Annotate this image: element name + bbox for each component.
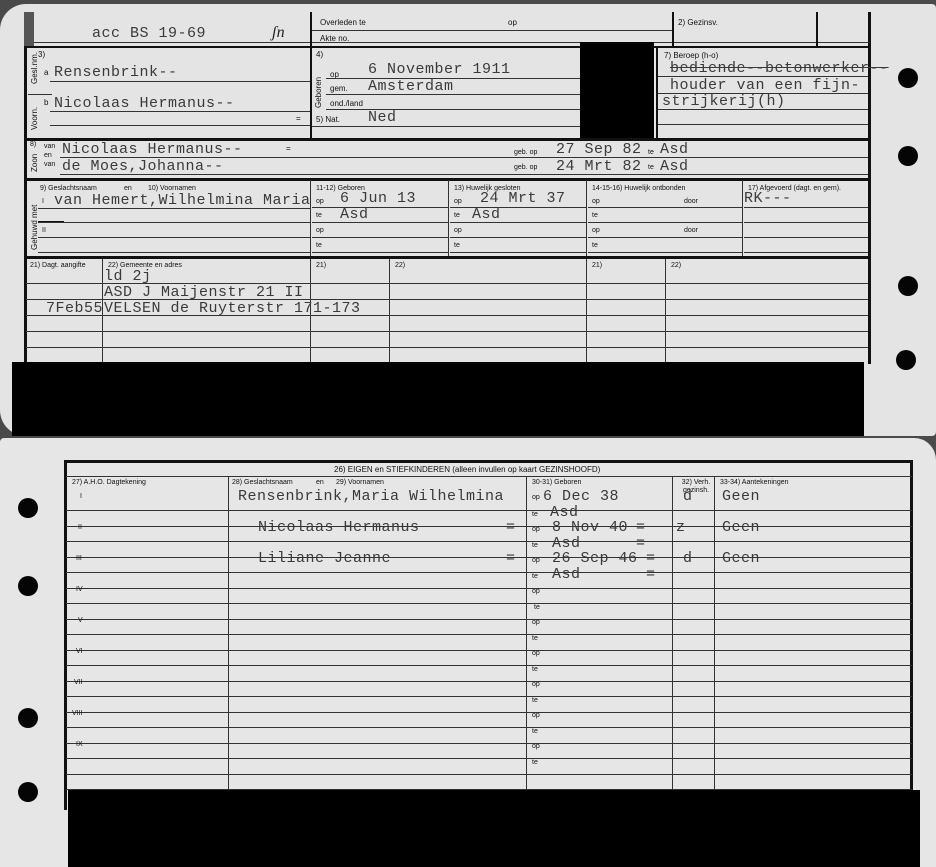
rule	[38, 222, 310, 223]
spouse2-born-op: op	[316, 227, 324, 234]
child-op-2: op	[532, 526, 540, 533]
father-ditto: =	[286, 144, 291, 153]
rule	[66, 634, 912, 635]
child-op-8: op	[532, 712, 540, 719]
van2-label: van	[44, 161, 55, 168]
dissolved-header: 14-15-16) Huwelijk ontbonden	[592, 185, 685, 192]
child-3-notes: Geen	[722, 550, 760, 567]
rule	[588, 252, 742, 253]
child-3-place: Asd	[552, 566, 581, 583]
nationality-label: 5) Nat.	[316, 115, 340, 124]
punch-hole	[18, 576, 38, 596]
child-3-name: Liliane Jeanne	[258, 550, 391, 567]
rule	[658, 124, 868, 125]
divider	[586, 180, 587, 258]
occupation-struck: bediende--betonwerker--	[670, 60, 889, 77]
rule	[744, 222, 868, 223]
rule	[450, 252, 586, 253]
child-3-place-ditto: =	[646, 566, 656, 583]
spouse-born-place: Asd	[340, 206, 369, 223]
col-verh-header: 32) Verh. gezinsh.	[676, 479, 716, 495]
redaction-photo	[580, 42, 654, 140]
child-numeral-7: VII	[74, 679, 83, 686]
overleden-label: Overleden te	[320, 18, 366, 27]
gezinsv-label: 2) Gezinsv.	[678, 18, 718, 27]
child-1-relation: d	[683, 488, 693, 505]
rule	[38, 208, 310, 209]
dissolved2-te: te	[592, 242, 598, 249]
father-name-value: Nicolaas Hermanus--	[62, 141, 243, 158]
rule	[66, 541, 912, 542]
occupation-label: 7) Beroep (h-o)	[664, 51, 718, 60]
frame-top-rule	[24, 42, 870, 43]
rule	[450, 222, 586, 223]
religion-value: RK---	[744, 190, 792, 207]
nationality-value: Ned	[368, 109, 397, 126]
mother-geb-op-label: geb. op	[514, 164, 537, 171]
rule	[312, 252, 448, 253]
child-te-8: te	[532, 728, 538, 735]
rule	[66, 619, 912, 620]
divider	[665, 259, 666, 364]
marker-i: I	[42, 198, 44, 205]
rule	[326, 109, 580, 110]
col21c-header: 21)	[592, 262, 602, 269]
spouse-born-te: te	[316, 212, 322, 219]
marriage2-op: op	[454, 227, 462, 234]
rule	[66, 588, 912, 589]
birth-date-value: 6 November 1911	[368, 61, 511, 78]
punch-hole	[898, 68, 918, 88]
col-notes-header: 33-34) Aantekeningen	[720, 479, 789, 486]
spouse-born-op: op	[316, 198, 324, 205]
header-stripe	[24, 12, 34, 46]
mother-name-value: de Moes,Johanna--	[62, 158, 224, 175]
rule	[66, 572, 912, 573]
rule	[50, 81, 310, 82]
address-row-1: ld 2j	[104, 268, 152, 285]
rule	[66, 696, 912, 697]
child-numeral-4: IV	[76, 586, 83, 593]
header-rule	[24, 46, 870, 48]
spouse2-born-te: te	[316, 242, 322, 249]
marker-ii: II	[42, 227, 46, 234]
dissolved2-op: op	[592, 227, 600, 234]
spouse-name-value: van Hemert,Wilhelmina Maria	[54, 192, 311, 209]
surname-value: Rensenbrink--	[54, 64, 178, 81]
child-numeral-5: V	[78, 617, 83, 624]
child-te-9: te	[532, 759, 538, 766]
col-born-header: 30-31) Geboren	[532, 479, 581, 486]
rule	[38, 237, 310, 238]
van1-label: van	[44, 143, 55, 150]
overleden-op-label: op	[508, 18, 517, 27]
mother-birth-place: Asd	[660, 158, 689, 175]
address-row-2: ASD J Maijenstr 21 II	[104, 284, 304, 301]
akte-label: Akte no.	[320, 34, 349, 43]
child-numeral-6: VI	[76, 648, 83, 655]
marriage-date: 24 Mrt 37	[480, 190, 566, 207]
child-numeral-8: VIII	[72, 710, 83, 717]
redaction-bottom	[68, 790, 920, 867]
child-3-date-ditto: =	[646, 550, 656, 567]
accession-number: acc BS 19-69	[92, 25, 206, 42]
marker-b: b	[44, 98, 48, 107]
rule	[744, 207, 868, 208]
punch-hole	[898, 276, 918, 296]
rule	[26, 331, 868, 332]
divider	[586, 259, 587, 364]
rule	[66, 727, 912, 728]
col21b-header: 21)	[316, 262, 326, 269]
child-te-2: te	[532, 542, 538, 549]
dissolved2-door: door	[684, 227, 698, 234]
dissolved-op: op	[592, 198, 600, 205]
section-divider	[24, 178, 870, 181]
rule	[66, 510, 912, 511]
section-divider	[24, 256, 870, 259]
rule	[66, 665, 912, 666]
rule	[28, 94, 52, 95]
geboren-side-label: Geboren	[314, 77, 323, 108]
birth-gem-label: gem.	[330, 84, 348, 93]
section-3-label: 3)	[38, 50, 45, 59]
child-op-9: op	[532, 743, 540, 750]
rule	[312, 222, 448, 223]
gehuwd-side-label: Gehuwd met	[30, 205, 39, 250]
divider	[656, 48, 658, 140]
punch-hole	[18, 708, 38, 728]
birth-place-value: Amsterdam	[368, 78, 454, 95]
child-te-5: te	[532, 635, 538, 642]
rule	[326, 94, 580, 95]
child-te-4: te	[534, 604, 540, 611]
child-1-name: Rensenbrink,Maria Wilhelmina	[238, 488, 504, 505]
rule	[38, 252, 310, 253]
rule	[66, 603, 912, 604]
handwritten-initials: ʃn	[272, 24, 285, 42]
child-numeral-2: II	[78, 524, 82, 531]
frame-top	[64, 460, 912, 463]
rule	[66, 526, 912, 527]
marker-a: a	[44, 68, 48, 77]
address-row-3: VELSEN de Ruyterstr 171-173	[104, 300, 361, 317]
child-numeral-3: III	[76, 555, 82, 562]
dissolved-door: door	[684, 198, 698, 205]
voorn-side-label: Voorn.	[30, 107, 39, 130]
section-8-label: 8)	[30, 141, 36, 148]
col21-header: 21) Dagt. aangifte	[30, 262, 86, 269]
rule	[450, 237, 586, 238]
rule	[66, 681, 912, 682]
birth-ond-label: ond./land	[330, 99, 363, 108]
father-geb-op-label: geb. op	[514, 149, 537, 156]
child-te-3: te	[532, 573, 538, 580]
rule	[26, 347, 868, 348]
dissolved-te: te	[592, 212, 598, 219]
rule	[312, 207, 448, 208]
address-date-3: 7Feb55	[46, 300, 103, 317]
divider	[742, 180, 743, 258]
rule	[588, 207, 742, 208]
child-2-relation: z	[676, 519, 686, 536]
zoon-side-label: Zoon	[30, 154, 39, 172]
rule	[588, 237, 742, 238]
child-2-date-ditto: =	[636, 519, 646, 536]
name-header-en: en	[124, 185, 132, 192]
child-2-date: 8 Nov 40	[552, 519, 628, 536]
child-2-name: Nicolaas Hermanus	[258, 519, 420, 536]
child-op-6: op	[532, 650, 540, 657]
child-te-1: te	[532, 511, 538, 518]
gesl-side-label: Gesl.nm.	[30, 52, 39, 84]
rule	[312, 30, 672, 31]
frame-left	[24, 12, 27, 364]
given-names-value: Nicolaas Hermanus--	[54, 95, 235, 112]
child-op-4: op	[532, 588, 540, 595]
en-label: en	[44, 152, 52, 159]
child-2-name-ditto: =	[506, 519, 516, 536]
name-header-9: 9) Geslachtsnaam	[40, 185, 97, 192]
rule	[658, 109, 868, 110]
rule	[66, 743, 912, 744]
father-birth-date: 27 Sep 82	[556, 141, 642, 158]
rule	[66, 557, 912, 558]
rule	[588, 222, 742, 223]
punch-hole	[896, 350, 916, 370]
rule	[66, 774, 912, 775]
children-section-title: 26) EIGEN en STIEFKINDEREN (alleen invul…	[334, 465, 600, 474]
col-name-29-header: 29) Voornamen	[336, 479, 384, 486]
marriage-place: Asd	[472, 206, 501, 223]
child-1-date: 6 Dec 38	[543, 488, 619, 505]
col-name-en-header: en	[316, 479, 324, 486]
child-op-3: op	[532, 557, 540, 564]
child-te-7: te	[532, 697, 538, 704]
mother-te-label: te	[648, 164, 654, 171]
punch-hole	[18, 782, 38, 802]
ditto-mark: =	[296, 114, 301, 123]
col22c-header: 22)	[671, 262, 681, 269]
occupation-line2: houder van een fijn-	[670, 77, 860, 94]
child-te-6: te	[532, 666, 538, 673]
rule	[312, 237, 448, 238]
spouse-born-date: 6 Jun 13	[340, 190, 416, 207]
person-register-card: acc BS 19-69 ʃn Overleden te op Akte no.…	[0, 4, 936, 436]
divider	[448, 180, 449, 258]
marriage-op: op	[454, 198, 462, 205]
child-op-5: op	[532, 619, 540, 626]
occupation-line3: strijkerij(h)	[662, 93, 786, 110]
child-op-7: op	[532, 681, 540, 688]
col-aho-header: 27) A.H.O. Dagtekening	[72, 479, 146, 486]
rule	[450, 207, 586, 208]
child-1-notes: Geen	[722, 488, 760, 505]
rule	[66, 650, 912, 651]
child-3-date: 26 Sep 46	[552, 550, 638, 567]
rule	[744, 237, 868, 238]
punch-hole	[898, 146, 918, 166]
child-2-notes: Geen	[722, 519, 760, 536]
rule	[744, 252, 868, 253]
divider	[672, 12, 674, 48]
divider	[816, 12, 818, 48]
father-birth-place: Asd	[660, 141, 689, 158]
child-op-1: op	[532, 494, 540, 501]
marriage-te: te	[454, 212, 460, 219]
punch-hole	[18, 498, 38, 518]
child-numeral-1: I	[80, 493, 82, 500]
divider	[310, 12, 312, 140]
name-header-10: 10) Voornamen	[148, 185, 196, 192]
child-numeral-9: IX	[76, 741, 83, 748]
father-te-label: te	[648, 149, 654, 156]
rule	[50, 111, 310, 112]
rule	[312, 126, 580, 127]
divider	[310, 180, 311, 258]
rule	[66, 476, 912, 477]
section-4-label: 4)	[316, 50, 323, 59]
divider	[389, 259, 390, 364]
rule	[66, 712, 912, 713]
mother-birth-date: 24 Mrt 82	[556, 158, 642, 175]
child-3-relation: d	[683, 550, 693, 567]
col22b-header: 22)	[395, 262, 405, 269]
rule	[50, 125, 310, 126]
rule	[66, 758, 912, 759]
rule	[60, 174, 868, 175]
marriage2-te: te	[454, 242, 460, 249]
child-3-name-ditto: =	[506, 550, 516, 567]
col-name-28-header: 28) Geslachtsnaam	[232, 479, 293, 486]
redaction-bottom	[12, 362, 864, 436]
children-register-card: 26) EIGEN en STIEFKINDEREN (alleen invul…	[0, 438, 936, 867]
